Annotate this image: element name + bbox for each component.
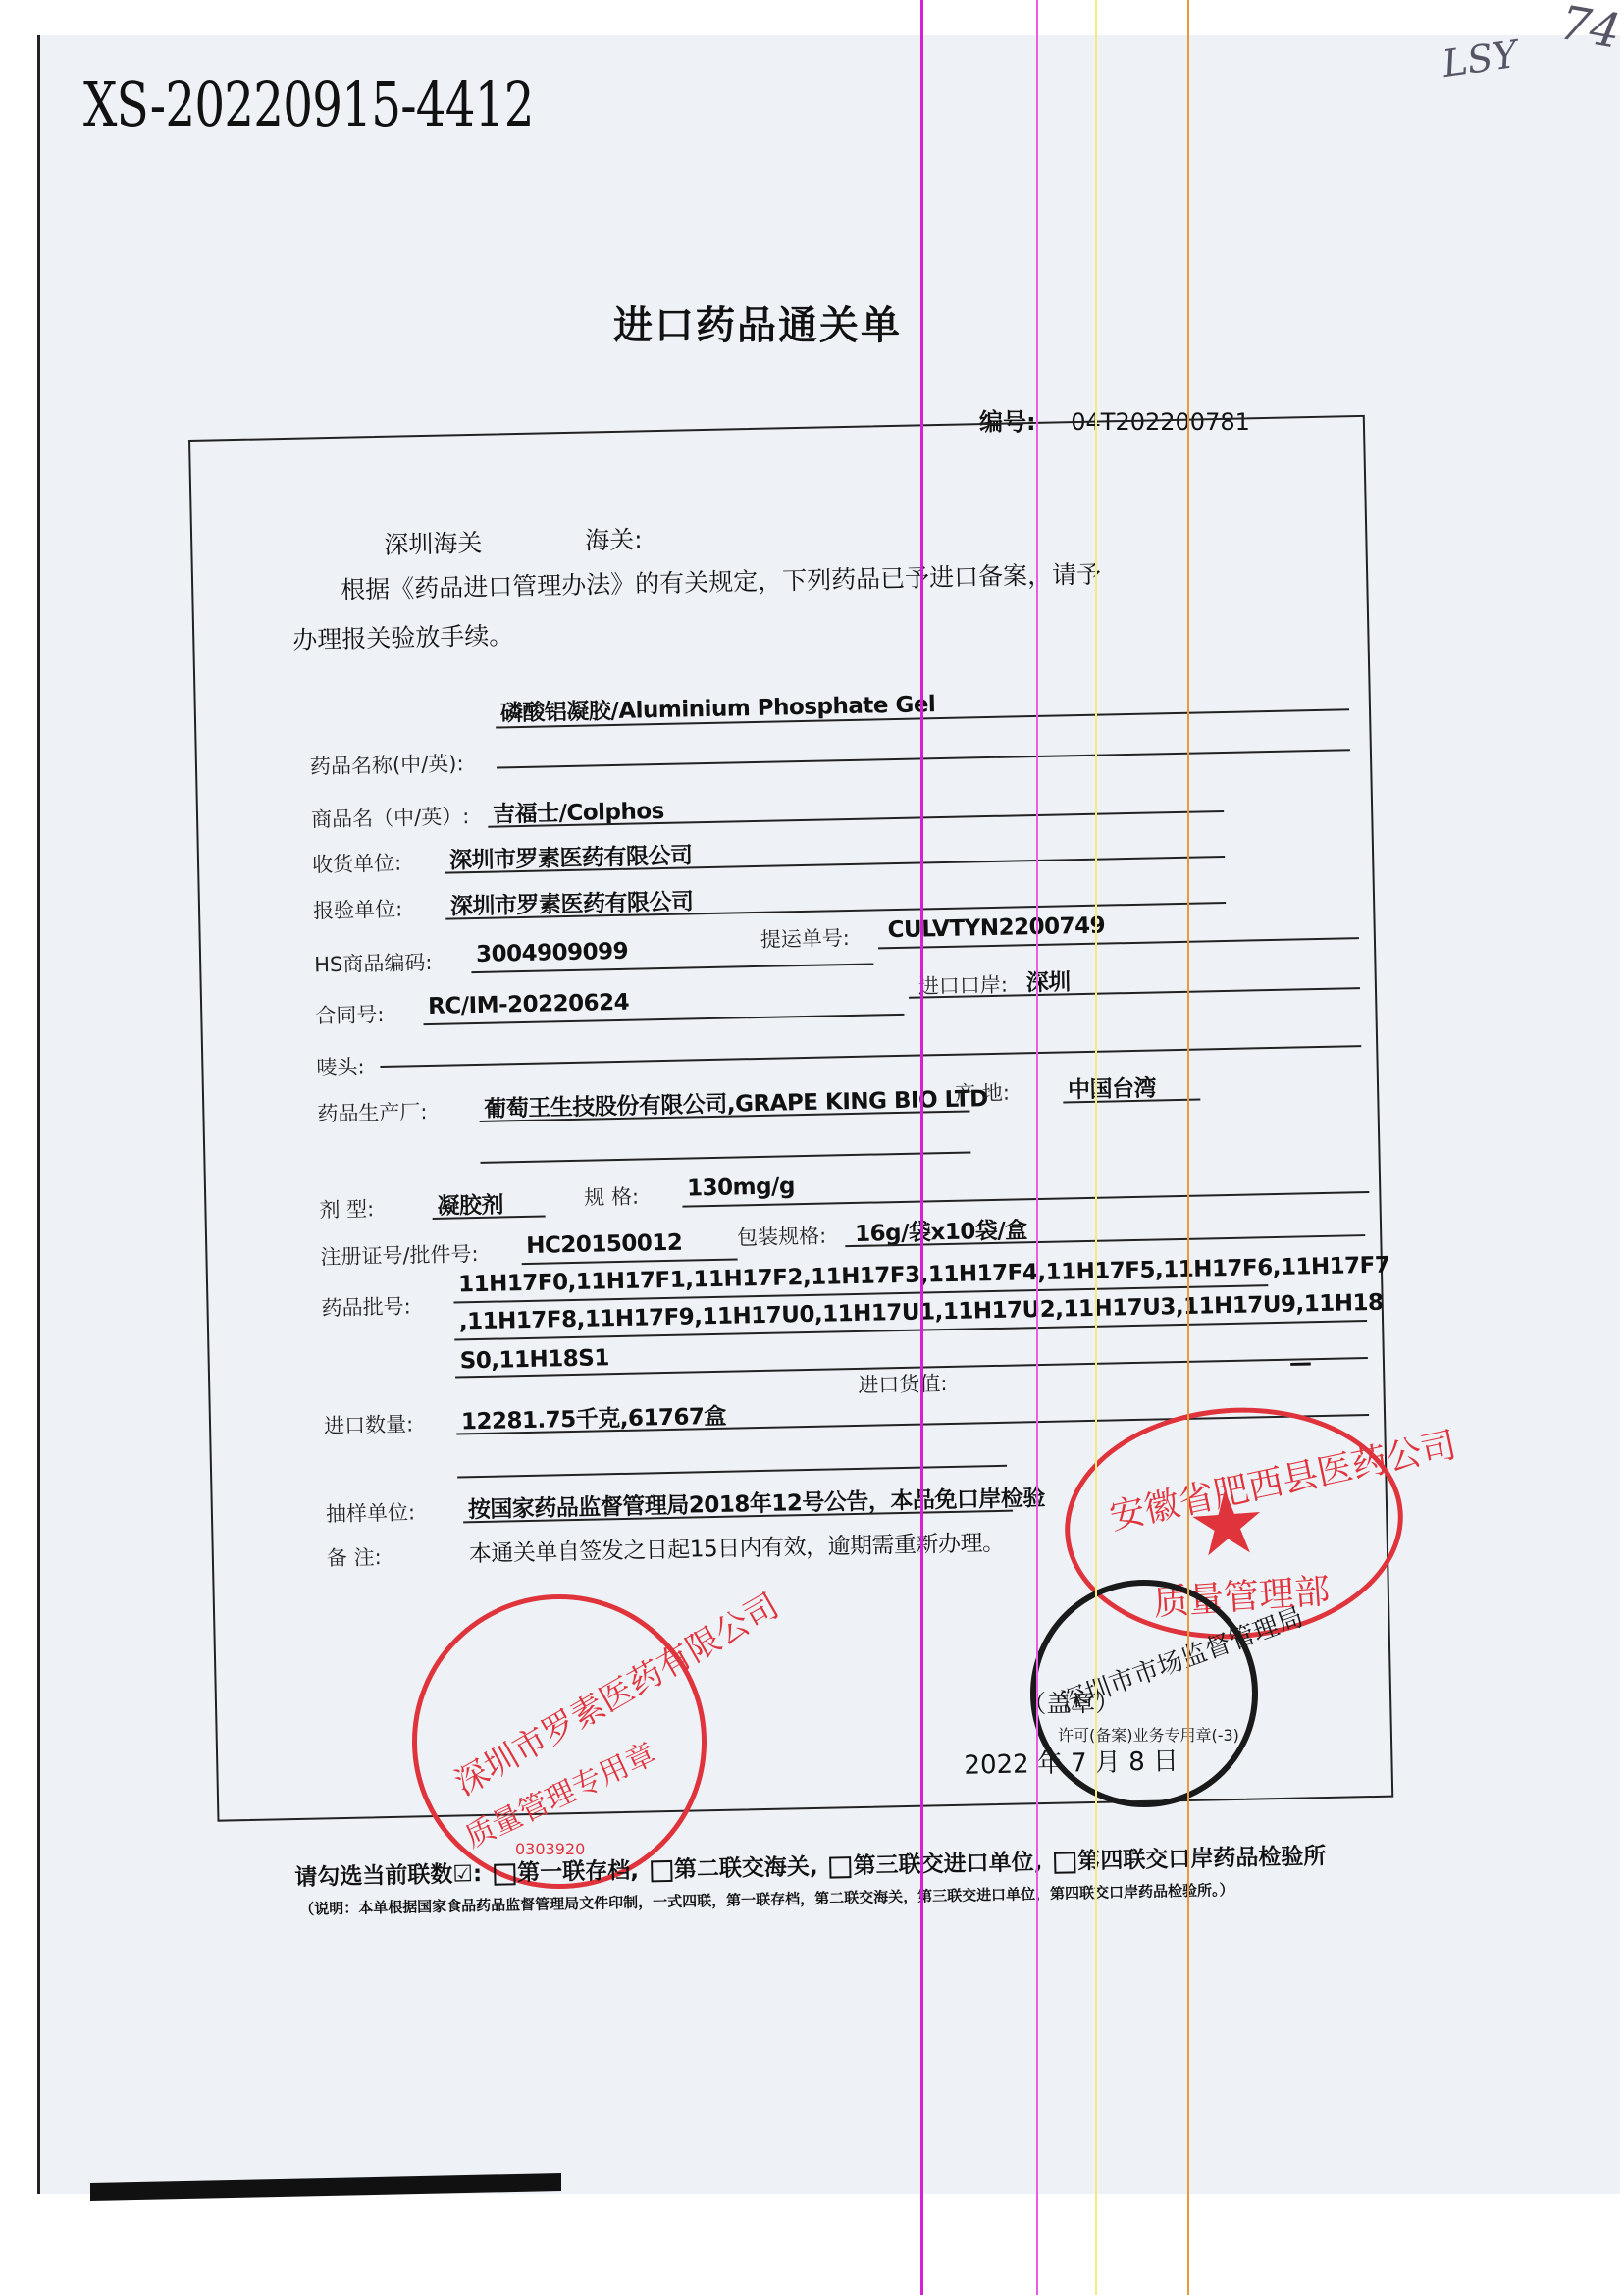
underline	[457, 1465, 1007, 1479]
remarks-value: 本通关单自签发之日起15日内有效，逾期需重新办理。	[468, 1525, 1004, 1568]
trade-name-label: 商品名（中/英）:	[311, 801, 470, 833]
origin-label: 产 地:	[955, 1077, 1010, 1108]
applicant-label: 报验单位:	[313, 894, 403, 925]
copy-3-checkbox[interactable]	[829, 1856, 851, 1878]
import-value-label: 进口货值:	[858, 1368, 948, 1399]
quantity-label: 进口数量:	[324, 1408, 414, 1439]
remarks-label: 备 注:	[327, 1541, 382, 1572]
registration-value: HC20150012	[526, 1230, 683, 1259]
packaging-label: 包装规格:	[737, 1221, 827, 1252]
intro-line-2: 办理报关验放手续。	[292, 616, 514, 656]
intro-line-1: 根据《药品进口管理办法》的有关规定，下列药品已予进口备案，请予	[341, 555, 1102, 606]
sampling-value: 按国家药品监督管理局2018年12号公告，本品免口岸检验	[468, 1480, 1046, 1524]
underline	[480, 1151, 970, 1163]
spec-value: 130mg/g	[687, 1174, 795, 1201]
contract-label: 合同号:	[315, 999, 385, 1029]
scan-artifact-line	[1187, 0, 1189, 2295]
address-to: 深圳海关	[384, 524, 483, 561]
copy-selection-prompt: 请勾选当前联数☑:	[294, 1861, 482, 1891]
contract-value: RC/IM-20220624	[428, 990, 630, 1019]
spec-label: 规 格:	[584, 1181, 639, 1212]
underline	[380, 1045, 1361, 1068]
document-id: XS-20220915-4412	[83, 69, 534, 140]
address-suffix: 海关:	[585, 520, 643, 556]
drug-name-label: 药品名称(中/英):	[310, 748, 464, 780]
underline	[522, 1258, 738, 1265]
bill-label: 提运单号:	[760, 922, 850, 954]
shipping-mark-label: 唛头:	[316, 1051, 365, 1081]
hs-code-value: 3004909099	[476, 939, 629, 967]
manufacturer-label: 药品生产厂:	[317, 1096, 428, 1127]
authority-seal-inner-text: 许可(备案)业务专用章(-3)	[1058, 1723, 1239, 1746]
scan-artifact-line	[1095, 0, 1097, 2295]
consignee-label: 收货单位:	[312, 848, 402, 879]
copy-3-label: 第三联交进口单位,	[853, 1850, 1042, 1879]
handwritten-number: 74	[1556, 0, 1624, 60]
company-quality-seal: 深圳市罗素医药有限公司 质量管理专用章 0303920	[412, 1594, 707, 1889]
copy-1-checkbox[interactable]	[494, 1863, 515, 1885]
port-value: 深圳	[1025, 964, 1071, 997]
copy-4-label: 第四联交口岸药品检验所	[1077, 1844, 1326, 1874]
scan-artifact-line	[1036, 0, 1038, 2295]
batch-line-3: S0,11H18S1	[459, 1345, 609, 1374]
copy-4-checkbox[interactable]	[1054, 1852, 1075, 1873]
scan-artifact-line	[920, 0, 923, 2295]
import-value-value: —	[1289, 1350, 1312, 1376]
page-title: 进口药品通关单	[613, 294, 902, 350]
sampling-label: 抽样单位:	[326, 1496, 416, 1528]
copy-2-label: 第二联交海关,	[674, 1854, 818, 1883]
copy-2-checkbox[interactable]	[651, 1859, 672, 1881]
hs-code-label: HS商品编码:	[314, 947, 433, 979]
batch-label: 药品批号:	[321, 1290, 411, 1322]
copy-1-label: 第一联存档,	[517, 1858, 639, 1887]
star-icon: ★	[1183, 1470, 1270, 1578]
authority-seal: 深圳市市场监督管理局 许可(备案)业务专用章(-3)	[1030, 1580, 1258, 1807]
dosage-form-label: 剂 型:	[319, 1193, 374, 1224]
registration-label: 注册证号/批件号:	[320, 1238, 479, 1271]
